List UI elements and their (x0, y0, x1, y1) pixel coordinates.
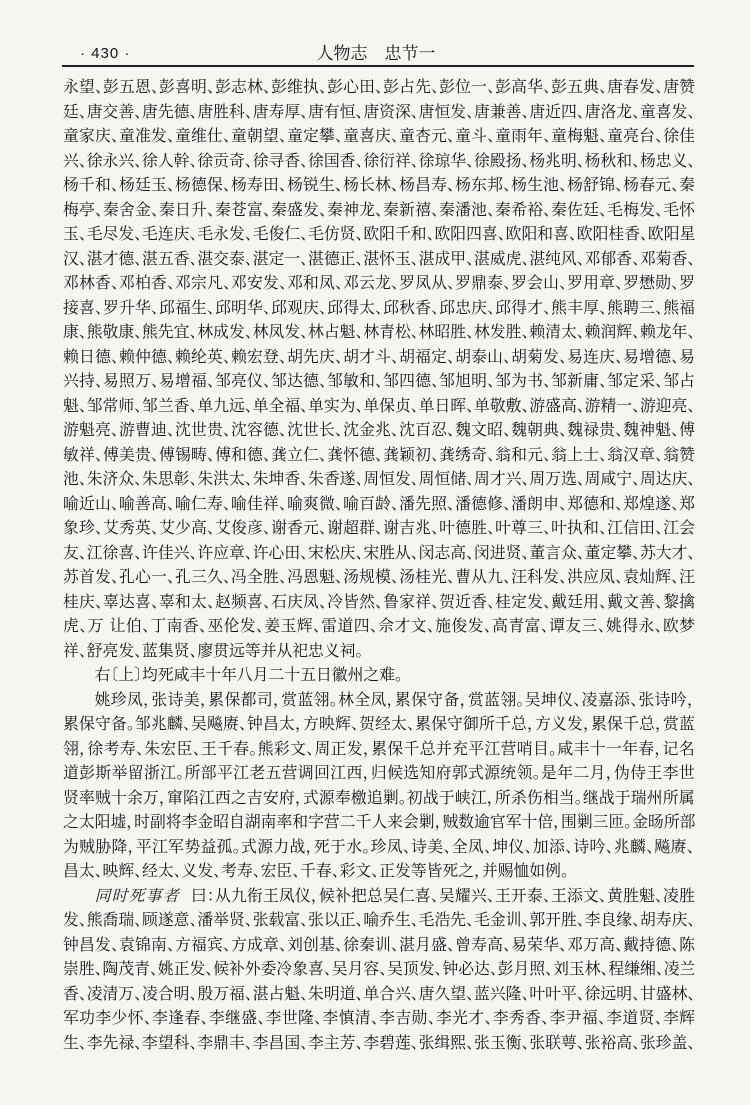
glyph: 、 (615, 174, 623, 199)
glyph: 周 (363, 468, 379, 493)
glyph: 逾 (474, 811, 490, 836)
glyph: 庆 (375, 125, 391, 150)
glyph: 、 (559, 934, 567, 959)
glyph: 基 (319, 934, 335, 959)
glyph: 、 (324, 958, 332, 983)
glyph: 茂 (118, 958, 134, 983)
glyph: 久 (207, 566, 223, 591)
glyph: 正 (340, 248, 356, 273)
glyph: 魁 (639, 885, 655, 910)
glyph: 、 (521, 983, 529, 1008)
glyph: 和 (599, 493, 615, 518)
glyph: 王 (201, 738, 217, 763)
glyph: 毛 (474, 909, 490, 934)
glyph: 保 (379, 395, 395, 420)
glyph: 为 (511, 370, 527, 395)
glyph: 陶 (103, 958, 119, 983)
glyph: 赓 (223, 713, 239, 738)
glyph: 、 (355, 542, 363, 567)
glyph: 龄 (375, 493, 391, 518)
glyph: 数 (458, 811, 474, 836)
glyph: 林 (253, 321, 269, 346)
glyph: 友 (565, 615, 581, 640)
glyph: 成 (213, 321, 229, 346)
glyph: 军 (506, 811, 522, 836)
glyph: 郭 (529, 909, 545, 934)
glyph: 秦 (327, 199, 343, 224)
glyph: 部 (201, 762, 217, 787)
glyph: 赖 (175, 346, 191, 371)
glyph: 、 (189, 101, 197, 126)
glyph: 总 (639, 713, 655, 738)
glyph: 义 (324, 640, 340, 665)
glyph: 张 (419, 1032, 435, 1057)
glyph: 春 (623, 76, 639, 101)
glyph: 池 (543, 174, 559, 199)
glyph: 宋 (308, 542, 324, 567)
glyph: ， (687, 689, 695, 714)
glyph: 、 (355, 395, 363, 420)
glyph: 、 (95, 444, 103, 469)
glyph: 、 (687, 468, 695, 493)
glyph: 调 (298, 762, 314, 787)
glyph: 和 (616, 150, 632, 175)
glyph: 隆 (506, 983, 522, 1008)
glyph: 阳 (593, 223, 609, 248)
glyph: 唐 (87, 101, 103, 126)
glyph: 、 (355, 909, 363, 934)
glyph: 徐 (253, 150, 269, 175)
glyph: 邱 (327, 297, 343, 322)
glyph: 王 (263, 885, 279, 910)
glyph: 、 (335, 934, 343, 959)
glyph: 太 (561, 321, 577, 346)
glyph: 候 (387, 762, 403, 787)
glyph: 福 (175, 297, 191, 322)
glyph: 才 (359, 346, 375, 371)
glyph: 杨 (119, 174, 135, 199)
glyph: 、 (134, 468, 142, 493)
glyph: 、 (223, 566, 231, 591)
glyph: 太 (229, 468, 245, 493)
glyph: 林 (672, 983, 688, 1008)
glyph: 、 (151, 444, 159, 469)
glyph: 毛 (663, 199, 679, 224)
glyph: 、 (521, 248, 529, 273)
glyph: 李 (663, 762, 679, 787)
glyph: 仿 (324, 223, 340, 248)
glyph: 春 (639, 174, 655, 199)
glyph: 玉 (569, 958, 585, 983)
glyph: 、 (375, 297, 383, 322)
glyph: 先 (303, 346, 319, 371)
glyph: 翁 (495, 444, 511, 469)
glyph: 科 (174, 1032, 190, 1057)
glyph: 坤 (269, 468, 285, 493)
glyph: 、 (239, 713, 247, 738)
glyph: 祥 (415, 591, 431, 616)
glyph: 发 (118, 223, 134, 248)
glyph: 、 (134, 150, 142, 175)
glyph: 方 (231, 934, 247, 959)
glyph: 彭 (271, 76, 287, 101)
glyph: 洪 (213, 468, 229, 493)
glyph: 庆 (340, 542, 356, 567)
glyph: 林 (375, 174, 391, 199)
glyph: 。 (399, 787, 407, 812)
glyph: 千 (623, 713, 639, 738)
text-line: 康、熊敬康、熊先宜、林成发、林凤发、林占魁、林青松、林昭胜、林发胜、赖清太、赖润… (63, 321, 695, 346)
glyph: 象 (63, 517, 79, 542)
glyph: 、 (487, 370, 495, 395)
glyph: 连 (583, 346, 599, 371)
glyph: 、 (355, 983, 363, 1008)
glyph: 张 (474, 1032, 490, 1057)
glyph: 总 (367, 885, 383, 910)
glyph: 丰 (574, 738, 590, 763)
glyph: 太 (79, 811, 95, 836)
glyph: 信 (623, 517, 639, 542)
text-line: 童家庆、童准发、童维仕、童朝望、童定攀、童喜庆、童杏元、童斗、童雨年、童梅魁、童… (63, 125, 695, 150)
glyph: 、 (207, 76, 215, 101)
glyph: 、 (543, 199, 551, 224)
glyph: 、 (375, 444, 383, 469)
glyph: 凤 (599, 566, 615, 591)
glyph: 凤 (387, 836, 403, 861)
glyph: 容 (247, 419, 263, 444)
glyph: 秋 (600, 150, 616, 175)
glyph: 家 (399, 591, 415, 616)
glyph: 年 (557, 762, 573, 787)
glyph: 幹 (174, 150, 190, 175)
glyph: 福 (229, 983, 245, 1008)
glyph: 兴 (118, 150, 134, 175)
glyph: 所 (664, 811, 680, 836)
text-line: 敏祥、傅美贵、傅锡畴、傅和德、龚立仁、龚怀德、龚颖初、龚绣奇、翁和元、翁上士、翁… (63, 444, 695, 469)
glyph: 鼎 (471, 272, 487, 297)
glyph: 、 (391, 174, 399, 199)
glyph: 、 (671, 174, 679, 199)
glyph: 杨 (623, 174, 639, 199)
glyph: 源 (257, 836, 273, 861)
glyph: 所 (479, 713, 495, 738)
glyph: 、 (559, 493, 567, 518)
text-line: 喻近山、喻善高、喻仁寿、喻佳祥、喻爽微、喻百龄、潘先照、潘德修、潘朗申、郑德和、… (63, 493, 695, 518)
glyph: 衔 (247, 885, 263, 910)
glyph: 、 (300, 983, 308, 1008)
glyph: 赖 (585, 321, 601, 346)
glyph: 近 (79, 493, 95, 518)
glyph: 昭 (213, 811, 229, 836)
glyph: 亮 (623, 125, 639, 150)
glyph: 、 (599, 199, 607, 224)
glyph: 、 (189, 395, 197, 420)
glyph: 师 (118, 395, 134, 420)
glyph: 、 (559, 566, 567, 591)
glyph: 嘉 (598, 689, 614, 714)
glyph: 、 (466, 321, 474, 346)
glyph: 。 (561, 860, 569, 885)
glyph: 秦 (271, 199, 287, 224)
glyph: 、 (201, 1007, 209, 1032)
glyph: 福 (284, 395, 300, 420)
glyph: 喜 (308, 958, 324, 983)
glyph: 实 (324, 395, 340, 420)
text-line: 永望、彭五恩、彭喜明、彭志林、彭维执、彭心田、彭占先、彭位一、彭高华、彭五典、唐… (63, 76, 695, 101)
glyph: 、 (543, 444, 551, 469)
glyph: 聘 (623, 297, 639, 322)
glyph: 寿 (120, 738, 136, 763)
glyph: 朱 (87, 468, 103, 493)
glyph: 姜 (264, 615, 280, 640)
glyph: 胜 (263, 566, 279, 591)
glyph: 彭 (495, 76, 511, 101)
glyph: 、 (314, 1007, 322, 1032)
glyph: 江 (160, 762, 176, 787)
glyph: 、 (207, 517, 215, 542)
glyph: 、 (79, 321, 87, 346)
glyph: 秦 (383, 199, 399, 224)
glyph: 、 (257, 1007, 265, 1032)
glyph: 、 (111, 493, 119, 518)
glyph: 郁 (600, 248, 616, 273)
glyph: 李 (197, 1032, 213, 1057)
glyph: 喜 (482, 223, 498, 248)
glyph: 兆 (415, 517, 431, 542)
glyph: 杨 (287, 174, 303, 199)
glyph: 、 (300, 1032, 308, 1057)
glyph: 发 (189, 958, 205, 983)
glyph: 、 (245, 468, 253, 493)
glyph: 、 (95, 517, 103, 542)
glyph: 刘 (553, 958, 569, 983)
glyph: 十 (522, 811, 538, 836)
glyph: 、 (213, 860, 221, 885)
glyph: 赐 (498, 860, 514, 885)
glyph: 胁 (95, 836, 111, 861)
glyph: 凤 (370, 689, 386, 714)
glyph: 吟 (671, 689, 687, 714)
text-line: 贤率贼十余万，窜陷江西之吉安府，式源奉檄追剿。初战于峡江，所杀伤相当。继战于瑞州… (63, 787, 695, 812)
glyph: 。 (517, 689, 525, 714)
glyph: 张 (638, 689, 654, 714)
glyph: 庆 (287, 591, 303, 616)
glyph: 兰 (158, 395, 174, 420)
glyph: 喜 (247, 591, 263, 616)
glyph: 达 (287, 370, 303, 395)
glyph: 训 (506, 909, 522, 934)
glyph: 副 (150, 811, 166, 836)
glyph: 。 (249, 738, 257, 763)
glyph: 香 (624, 223, 640, 248)
glyph: 全 (354, 689, 370, 714)
glyph: 映 (319, 713, 335, 738)
glyph: 五 (567, 76, 583, 101)
glyph: 杨 (231, 174, 247, 199)
glyph: 、 (391, 493, 399, 518)
glyph: 赓 (671, 836, 687, 861)
glyph: 、 (245, 909, 253, 934)
glyph: 香 (95, 272, 111, 297)
glyph: 、 (279, 346, 287, 371)
glyph: 廷 (567, 591, 583, 616)
glyph: 太 (359, 297, 375, 322)
glyph: 、 (245, 223, 253, 248)
glyph: ， (387, 689, 395, 714)
glyph: 邱 (159, 297, 175, 322)
glyph: 、 (134, 101, 142, 126)
glyph: 选 (403, 762, 419, 787)
glyph: 戴 (623, 934, 639, 959)
glyph: 微 (319, 493, 335, 518)
glyph: 南 (261, 811, 277, 836)
glyph: 连 (158, 223, 174, 248)
glyph: 道 (622, 1007, 638, 1032)
glyph: 胡 (455, 346, 471, 371)
glyph: 发 (639, 76, 655, 101)
glyph: 义 (672, 150, 688, 175)
glyph: 群 (359, 517, 375, 542)
glyph: 邹 (327, 370, 343, 395)
glyph: 、 (640, 223, 648, 248)
glyph: 统 (500, 762, 516, 787)
glyph: 才 (490, 468, 506, 493)
glyph: 年 (622, 738, 638, 763)
glyph: 袁 (623, 566, 639, 591)
glyph: 远 (229, 640, 245, 665)
glyph: 五 (119, 76, 135, 101)
glyph: 寿 (431, 174, 447, 199)
glyph: 万 (135, 370, 151, 395)
glyph: 香 (63, 983, 79, 1008)
glyph: 率 (79, 787, 95, 812)
glyph: 、 (687, 395, 695, 420)
glyph: 玉 (63, 223, 79, 248)
glyph: 、 (431, 76, 439, 101)
glyph: 、 (300, 909, 308, 934)
glyph: 周 (474, 468, 490, 493)
glyph: 舍 (119, 199, 135, 224)
glyph: 阳 (379, 223, 395, 248)
glyph: 、 (565, 836, 573, 861)
glyph: 添 (549, 836, 565, 861)
glyph: 执 (567, 517, 583, 542)
glyph: 、 (545, 958, 553, 983)
glyph: 永 (638, 615, 654, 640)
glyph: 千 (217, 738, 233, 763)
glyph: 达 (474, 958, 490, 983)
glyph: 候 (213, 958, 229, 983)
glyph: 喻 (287, 493, 303, 518)
glyph: 林 (79, 272, 95, 297)
glyph: 兴 (174, 542, 190, 567)
glyph: 自 (229, 811, 245, 836)
glyph: 、 (687, 909, 695, 934)
glyph: 湛 (197, 248, 213, 273)
glyph: 童 (495, 125, 511, 150)
glyph: 邹 (142, 395, 158, 420)
glyph: 闵 (474, 542, 490, 567)
glyph: 梅 (63, 199, 79, 224)
glyph: 文 (583, 885, 599, 910)
text-line: 钟昌发、袁锦南、方福宾、方成章、刘创基、徐秦训、湛月盛、曾寿高、易荣华、邓万高、… (63, 934, 695, 959)
glyph: 庸 (583, 370, 599, 395)
glyph: 熊 (142, 321, 158, 346)
glyph: 和 (292, 811, 308, 836)
glyph: 顾 (142, 909, 158, 934)
glyph: 兴 (506, 468, 522, 493)
glyph: 日 (434, 395, 450, 420)
glyph: 邱 (383, 297, 399, 322)
glyph: 时 (134, 811, 150, 836)
glyph: 金 (359, 419, 375, 444)
glyph: 、 (466, 150, 474, 175)
glyph: 崇 (63, 958, 79, 983)
glyph: 发 (151, 125, 167, 150)
glyph: 王 (495, 885, 511, 910)
glyph: 、 (95, 958, 103, 983)
glyph: 敏 (343, 370, 359, 395)
glyph: 新 (399, 199, 415, 224)
glyph: 一 (284, 248, 300, 273)
glyph: 坤 (541, 689, 557, 714)
glyph: 、 (391, 419, 399, 444)
glyph: 和 (411, 223, 427, 248)
glyph: 沈 (399, 419, 415, 444)
glyph: 累 (591, 713, 607, 738)
glyph: 力 (273, 836, 289, 861)
glyph: 、 (245, 542, 253, 567)
glyph: 徐 (197, 150, 213, 175)
glyph: 兆 (614, 836, 630, 861)
glyph: 祥 (63, 640, 79, 665)
glyph: 科 (527, 566, 543, 591)
glyph: 湛 (253, 983, 269, 1008)
glyph: 、 (431, 591, 439, 616)
glyph: 、 (687, 150, 695, 175)
glyph: 袁 (119, 934, 135, 959)
glyph: 湛 (308, 248, 324, 273)
glyph: 李 (379, 1007, 395, 1032)
glyph: 、 (370, 615, 378, 640)
glyph: 善 (506, 101, 522, 126)
glyph: 秦 (359, 934, 375, 959)
glyph: 从 (215, 885, 231, 910)
glyph: 、 (447, 566, 455, 591)
text-line: 同时死事者 曰：从九衔王凤仪，候补把总吴仁喜、吴耀兴、王开泰、王添文、黄胜魁、凌… (63, 885, 695, 910)
glyph: 、 (411, 983, 419, 1008)
glyph: 明 (616, 983, 632, 1008)
glyph: 彭 (103, 76, 119, 101)
glyph: 郑 (679, 493, 695, 518)
glyph: 平 (468, 738, 484, 763)
text-line: 祥、舒亮发、蓝集贤、廖贯远等并从祀忠义祠。 (63, 640, 695, 665)
glyph: 吴 (191, 713, 207, 738)
glyph: 罗 (567, 272, 583, 297)
text-line: 游魁亮、游曹迪、沈世贵、沈容德、沈世长、沈金兆、沈百忍、魏文昭、魏朝典、魏禄贵、… (63, 419, 695, 444)
glyph: 李 (87, 1032, 103, 1057)
glyph: 秦 (439, 199, 455, 224)
glyph: 亮 (231, 370, 247, 395)
glyph: 州 (647, 787, 663, 812)
glyph: 扬 (506, 150, 522, 175)
glyph: 、 (319, 517, 327, 542)
glyph: 甲 (450, 248, 466, 273)
glyph: 、 (447, 346, 455, 371)
glyph: 西 (215, 787, 231, 812)
glyph: 汤 (399, 566, 415, 591)
glyph: 龙 (656, 321, 672, 346)
